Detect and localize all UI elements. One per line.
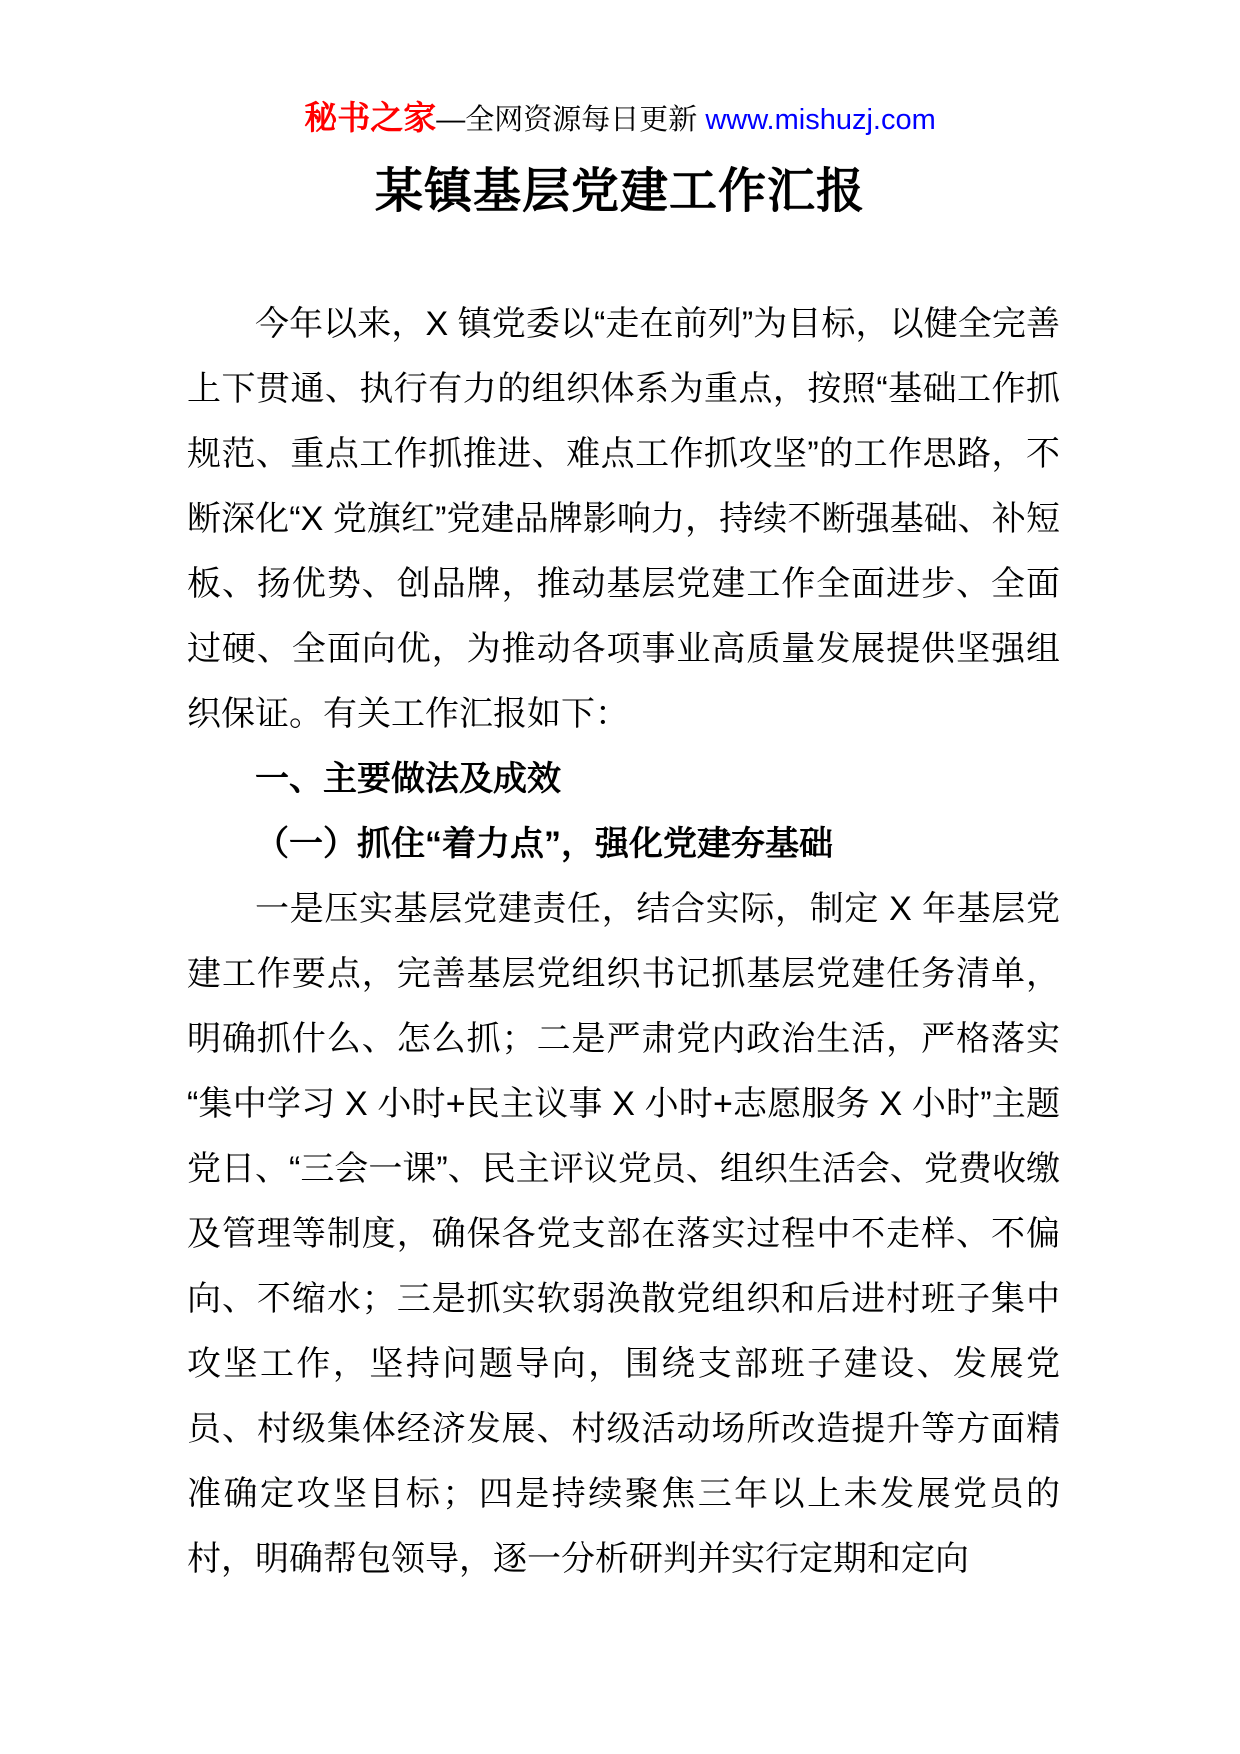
site-brand: 秘书之家 [304,99,436,136]
heading-subsection-focus-points: （一）抓住“着力点”，强化党建夯基础 [187,812,1060,877]
document-title: 某镇基层党建工作汇报 [0,162,1240,222]
site-header-line: 秘书之家—全网资源每日更新 www.mishuzj.com [0,96,1240,142]
paragraph-intro: 今年以来，X 镇党委以“走在前列”为目标，以健全完善上下贯通、执行有力的组织体系… [187,292,1060,747]
site-tagline: —全网资源每日更新 [436,104,705,136]
document-body: 今年以来，X 镇党委以“走在前列”为目标，以健全完善上下贯通、执行有力的组织体系… [0,292,1240,1592]
heading-section-main-practices: 一、主要做法及成效 [187,747,1060,812]
document-page: 秘书之家—全网资源每日更新 www.mishuzj.com 某镇基层党建工作汇报… [0,0,1240,1754]
site-url-link[interactable]: www.mishuzj.com [705,104,935,136]
paragraph-measures: 一是压实基层党建责任，结合实际，制定 X 年基层党建工作要点，完善基层党组织书记… [187,877,1060,1592]
